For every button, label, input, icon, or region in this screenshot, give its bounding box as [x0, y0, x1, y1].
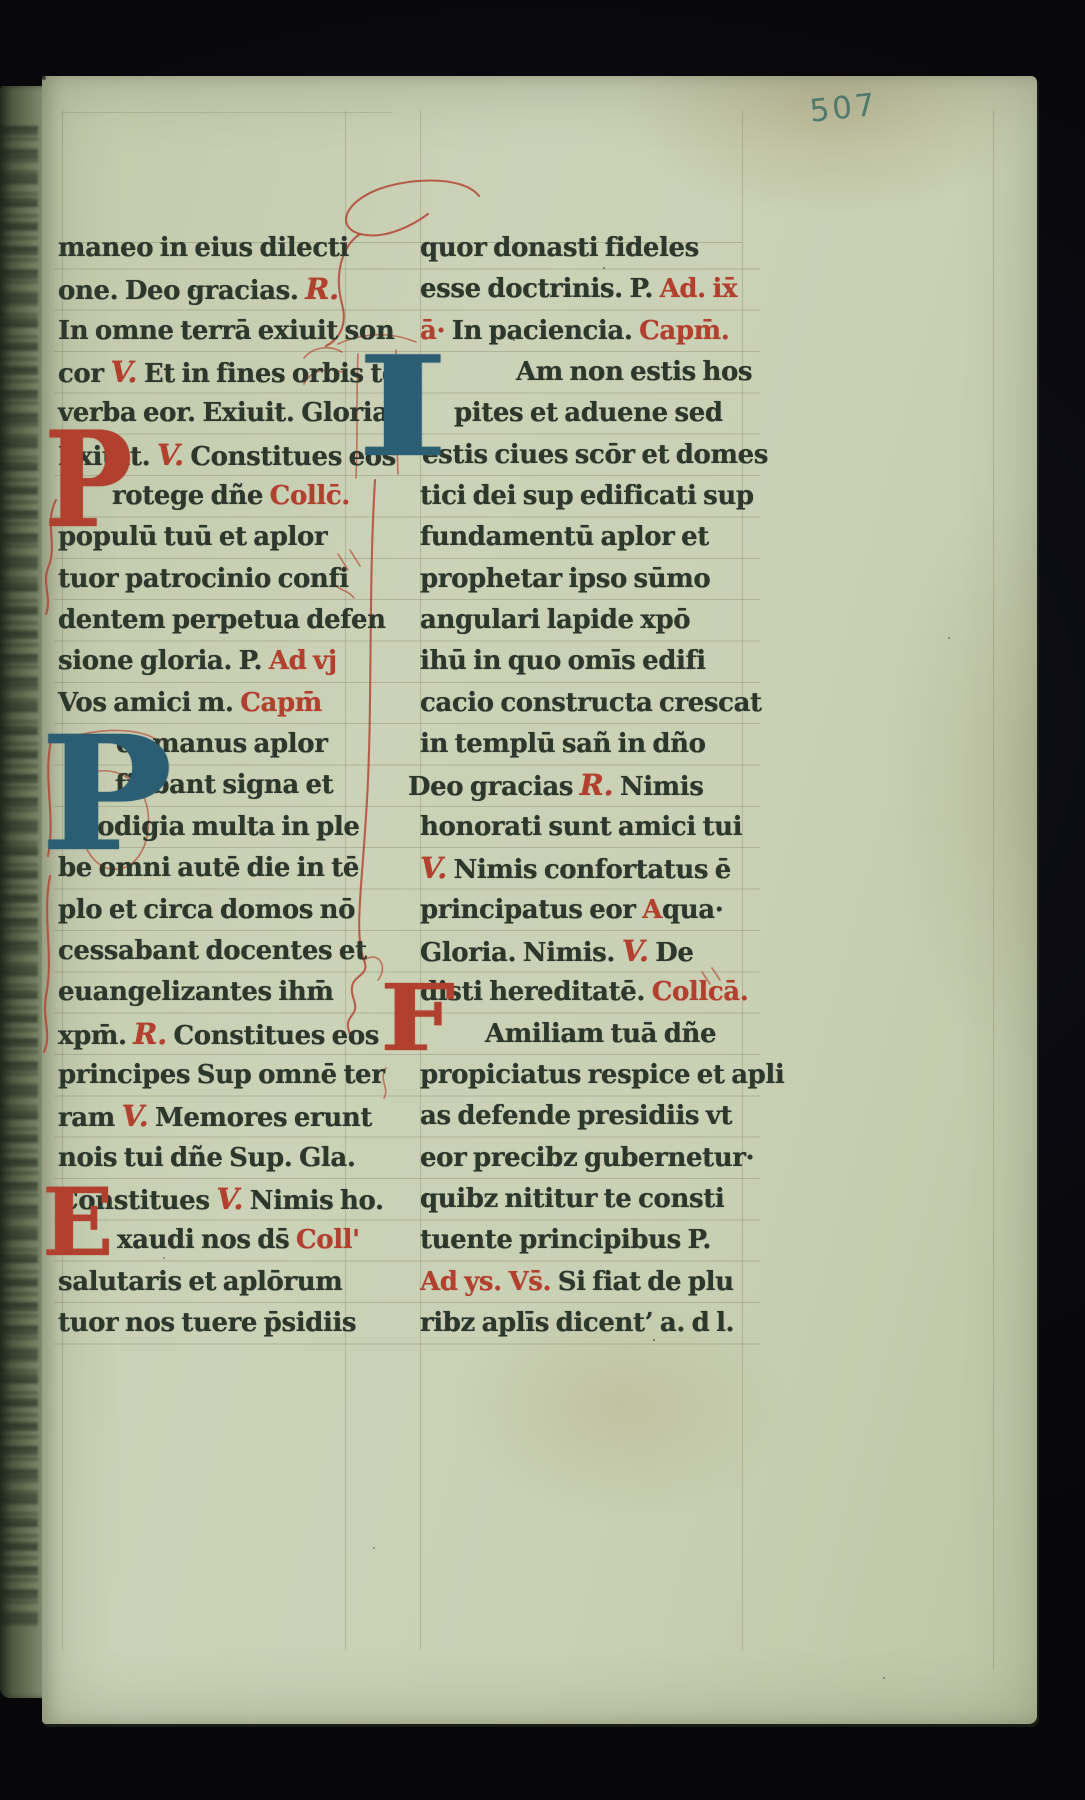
manuscript-text-line: tuente principibus P. — [420, 1220, 755, 1261]
body-text: Memores erunt — [148, 1103, 372, 1133]
body-text: ram — [58, 1103, 122, 1133]
body-text: qua· — [662, 895, 723, 925]
body-text: tuor nos tuere p̄sidiis — [58, 1308, 356, 1338]
manuscript-text-line: in templū sañ in dño — [420, 724, 755, 765]
manuscript-text-line: plo et circa domos nō — [58, 890, 358, 931]
body-text: estis ciues scōr et domes — [422, 440, 768, 470]
body-text: Amiliam tuā dñe — [485, 1019, 716, 1049]
body-text: De — [649, 938, 694, 968]
rubric-text: Ad ys. Vs̄. — [420, 1267, 551, 1297]
body-text: tici dei sup edificati sup — [420, 481, 754, 511]
body-text: Nimis ho. — [243, 1186, 384, 1216]
frame-ruling — [62, 112, 392, 113]
manuscript-text-line: propiciatus respice et apli — [420, 1055, 755, 1096]
body-text: esse doctrinis. P. — [420, 274, 660, 304]
versicle-mark: V. — [622, 934, 649, 968]
parchment-specks — [42, 76, 46, 80]
body-text: tuor patrocinio confi — [58, 564, 349, 594]
body-text: plo et circa domos nō — [58, 895, 355, 925]
manuscript-text-line: Gloria. Nimis. V. De — [420, 931, 755, 972]
versicle-mark: V. — [216, 1182, 243, 1216]
rubric-text: Ad vj — [269, 646, 337, 676]
manuscript-text-line: euangelizantes ihm̄ — [58, 972, 358, 1013]
manuscript-text-line: cessabant docentes et — [58, 931, 358, 972]
manuscript-text-line: tici dei sup edificati sup — [420, 476, 755, 517]
versicle-mark: V. — [110, 355, 137, 389]
manuscript-text-line: angulari lapide xpō — [420, 600, 755, 641]
body-text: pites et aduene sed — [454, 398, 723, 428]
manuscript-text-line: honorati sunt amici tui — [420, 807, 755, 848]
rubric-text: Capm̄ — [240, 688, 322, 718]
body-text: Nimis — [613, 772, 703, 802]
page-edge-showthrough — [0, 126, 38, 1626]
manuscript-text-line: disti hereditatē. Collcā. — [420, 972, 755, 1013]
versicle-mark: V. — [420, 851, 447, 885]
manuscript-text-line: quibz nititur te consti — [420, 1179, 755, 1220]
manuscript-text-line: principes Sup omnē ter — [58, 1055, 358, 1096]
manuscript-text-line: xaudi nos ds̄ Coll' — [117, 1220, 358, 1261]
body-text: principatus eor — [420, 895, 642, 925]
manuscript-text-line: tuor patrocinio confi — [58, 559, 358, 600]
manuscript-text-line: V. Nimis confortatus ē — [420, 848, 755, 889]
rubric-text: Coll' — [296, 1225, 360, 1255]
body-text: maneo in eius dilecti — [58, 233, 349, 263]
body-text: rotege dñe — [112, 481, 270, 511]
versicle-mark: R. — [133, 1017, 167, 1051]
drop-cap-initial-e-red: E — [42, 1176, 114, 1270]
manuscript-text-line: Deo gracias R. Nimis — [408, 765, 755, 806]
manuscript-text-line: one. Deo gracias. R. — [58, 269, 358, 310]
manuscript-text-line: In omne terrā exiuit son — [58, 311, 358, 352]
versicle-mark: V. — [157, 438, 184, 472]
body-text: angulari lapide xpō — [420, 605, 690, 635]
body-text: xpm̄. — [58, 1021, 133, 1051]
body-text: ihū in quo omīs edifi — [420, 646, 706, 676]
manuscript-text-line: as defende presidiis vt — [420, 1096, 755, 1137]
body-text: cor — [58, 359, 110, 389]
body-text: euangelizantes ihm̄ — [58, 977, 334, 1007]
manuscript-text-line: cacio constructa crescat — [420, 683, 755, 724]
body-text: in templū sañ in dño — [420, 729, 706, 759]
drop-cap-initial-p-blue: P — [40, 716, 173, 874]
manuscript-text-line: sione gloria. P. Ad vj — [58, 641, 358, 682]
body-text: fundamentū aplor et — [420, 522, 709, 552]
manuscript-text-line: esse doctrinis. P. Ad. ix̄ — [420, 269, 755, 310]
manuscript-text-line: Am non estis hos — [516, 352, 755, 393]
body-text: principes Sup omnē ter — [58, 1060, 385, 1090]
body-text: In paciencia. — [452, 316, 639, 346]
versicle-mark: V. — [122, 1099, 149, 1133]
body-text: Nimis confortatus ē — [447, 855, 731, 885]
body-text: xaudi nos ds̄ — [117, 1225, 296, 1255]
body-text: Am non estis hos — [516, 357, 752, 387]
body-text: prophetar ipso sūmo — [420, 564, 710, 594]
body-text: honorati sunt amici tui — [420, 812, 742, 842]
rubric-text: Collcā. — [652, 977, 749, 1007]
body-text: as defende presidiis vt — [420, 1101, 732, 1131]
rubric-text: Collc̄. — [270, 481, 350, 511]
manuscript-text-line: estis ciues scōr et domes — [422, 435, 755, 476]
manuscript-text-line: pites et aduene sed — [454, 393, 755, 434]
rubric-text: A — [642, 895, 662, 925]
manuscript-text-line: xpm̄. R. Constitues eos — [58, 1014, 358, 1055]
body-text: cacio constructa crescat — [420, 688, 762, 718]
body-text: In omne terrā exiuit son — [58, 316, 394, 346]
manuscript-text-line: ribz aplīs dicent’ a. d l. — [420, 1303, 755, 1344]
manuscript-text-line: cor V. Et in fines orbis ter — [58, 352, 358, 393]
manuscript-text-line: Amiliam tuā dñe — [485, 1014, 755, 1055]
manuscript-text-line: Ad ys. Vs̄. Si fiat de plu — [420, 1262, 755, 1303]
text-column-right: quor donasti fidelesesse doctrinis. P. A… — [420, 228, 755, 1344]
body-text: quor donasti fideles — [420, 233, 699, 263]
manuscript-text-line: maneo in eius dilecti — [58, 228, 358, 269]
folio-number: 507 — [808, 82, 922, 139]
photo-backdrop: 507 maneo in eius dilectione. Deo gracia… — [0, 0, 1085, 1800]
body-text: quibz nititur te consti — [420, 1184, 724, 1214]
manuscript-text-line: prophetar ipso sūmo — [420, 559, 755, 600]
manuscript-text-line: principatus eor Aqua· — [420, 890, 755, 931]
manuscript-text-line: ram V. Memores erunt — [58, 1096, 358, 1137]
body-text: tuente principibus P. — [420, 1225, 711, 1255]
manuscript-text-line: ihū in quo omīs edifi — [420, 641, 755, 682]
drop-cap-initial-p-red: P — [44, 414, 133, 546]
manuscript-page: 507 maneo in eius dilectione. Deo gracia… — [42, 76, 1037, 1724]
body-text: Constitues eos — [167, 1021, 379, 1051]
vertical-ruling — [993, 110, 994, 1670]
body-text: propiciatus respice et apli — [420, 1060, 784, 1090]
body-text: Si fiat de plu — [551, 1267, 733, 1297]
rubric-text: Capm̄. — [639, 316, 729, 346]
drop-cap-initial-i-blue: I — [356, 338, 450, 476]
versicle-mark: R. — [580, 768, 614, 802]
versicle-mark: R. — [305, 272, 339, 306]
manuscript-text-line: dentem perpetua defen — [58, 600, 358, 641]
manuscript-text-line: fundamentū aplor et — [420, 517, 755, 558]
body-text: dentem perpetua defen — [58, 605, 386, 635]
body-text: eor precibz gubernetur· — [420, 1143, 754, 1173]
body-text: sione gloria. P. — [58, 646, 269, 676]
manuscript-text-line: quor donasti fideles — [420, 228, 755, 269]
body-text: one. Deo gracias. — [58, 276, 305, 306]
rubric-text: Ad. ix̄ — [660, 274, 737, 304]
drop-cap-initial-f-red: F — [380, 972, 455, 1064]
body-text: Deo gracias — [408, 772, 580, 802]
manuscript-text-line: eor precibz gubernetur· — [420, 1138, 755, 1179]
manuscript-text-line: rotege dñe Collc̄. — [112, 476, 358, 517]
manuscript-text-line: ā· In paciencia. Capm̄. — [420, 311, 755, 352]
body-text: cessabant docentes et — [58, 936, 367, 966]
manuscript-text-line: tuor nos tuere p̄sidiis — [58, 1303, 358, 1344]
body-text: ribz aplīs dicent’ a. d l. — [420, 1308, 734, 1338]
